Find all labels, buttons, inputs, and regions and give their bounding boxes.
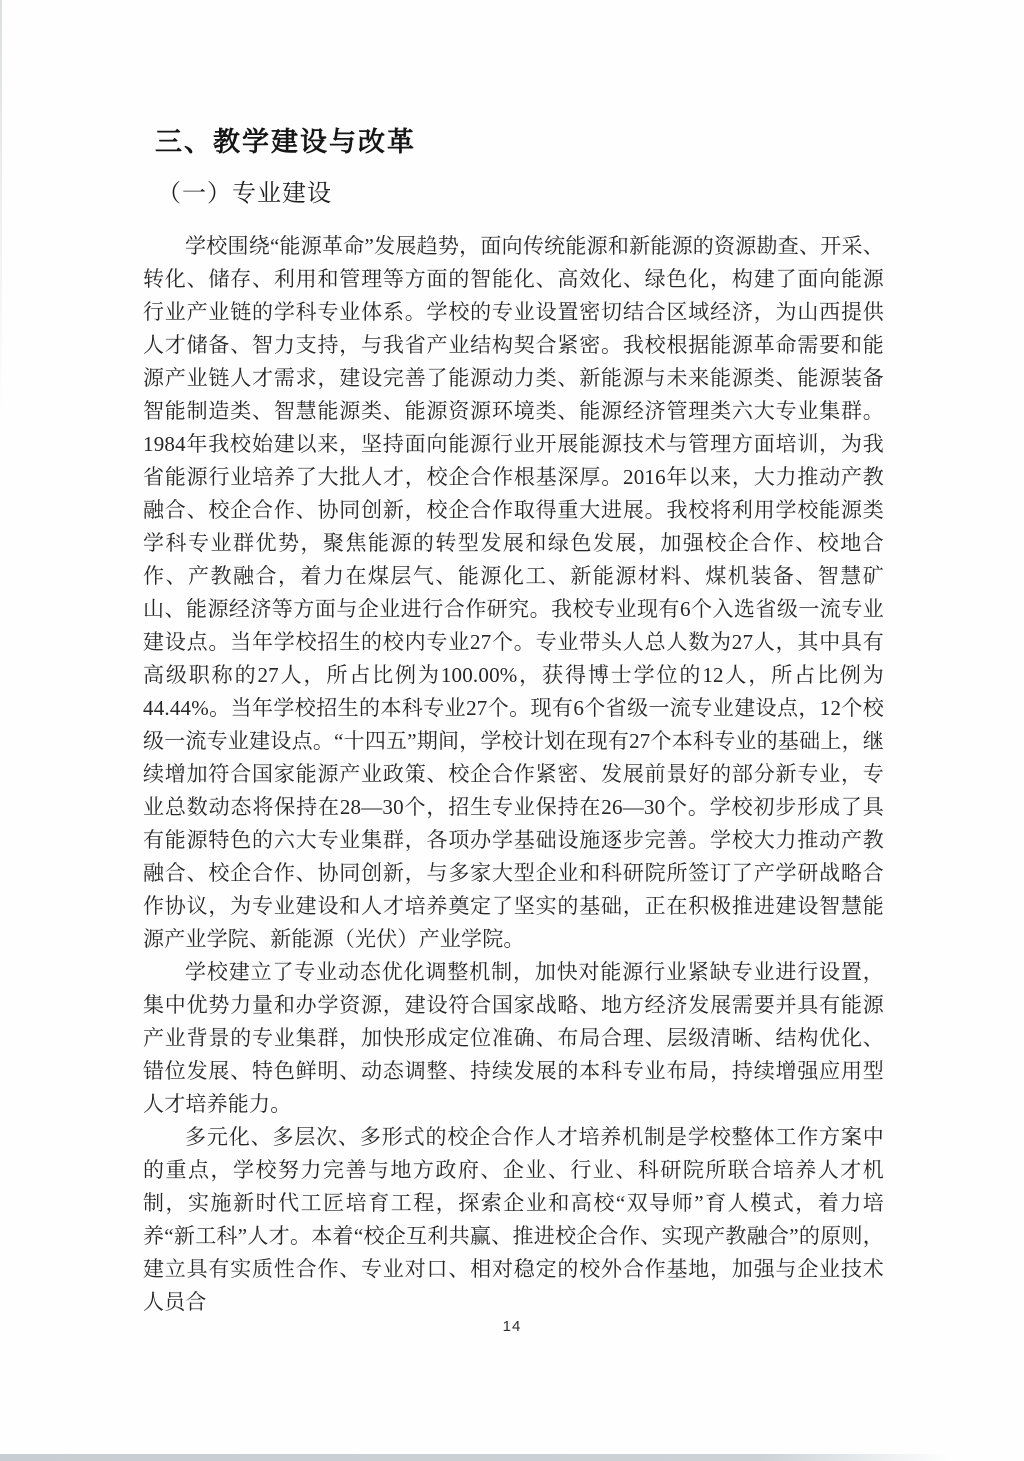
document-page: 三、教学建设与改革 （一）专业建设 学校围绕“能源革命”发展趋势，面向传统能源和… — [0, 0, 1024, 1461]
paragraph-2: 学校建立了专业动态优化调整机制，加快对能源行业紧缺专业进行设置，集中优势力量和办… — [143, 956, 884, 1121]
body-text: 学校围绕“能源革命”发展趋势，面向传统能源和新能源的资源勘查、开采、转化、储存、… — [143, 230, 884, 1319]
page-content: 三、教学建设与改革 （一）专业建设 学校围绕“能源革命”发展趋势，面向传统能源和… — [143, 126, 884, 1319]
scan-edge-left-artifact — [0, 0, 2, 420]
paragraph-1: 学校围绕“能源革命”发展趋势，面向传统能源和新能源的资源勘查、开采、转化、储存、… — [143, 230, 884, 956]
scan-edge-bottom-artifact — [0, 1454, 950, 1461]
subsection-heading: （一）专业建设 — [157, 179, 884, 209]
paragraph-3: 多元化、多层次、多形式的校企合作人才培养机制是学校整体工作方案中的重点，学校努力… — [143, 1121, 884, 1319]
section-heading: 三、教学建设与改革 — [155, 126, 884, 158]
page-number: 14 — [0, 1318, 1024, 1335]
